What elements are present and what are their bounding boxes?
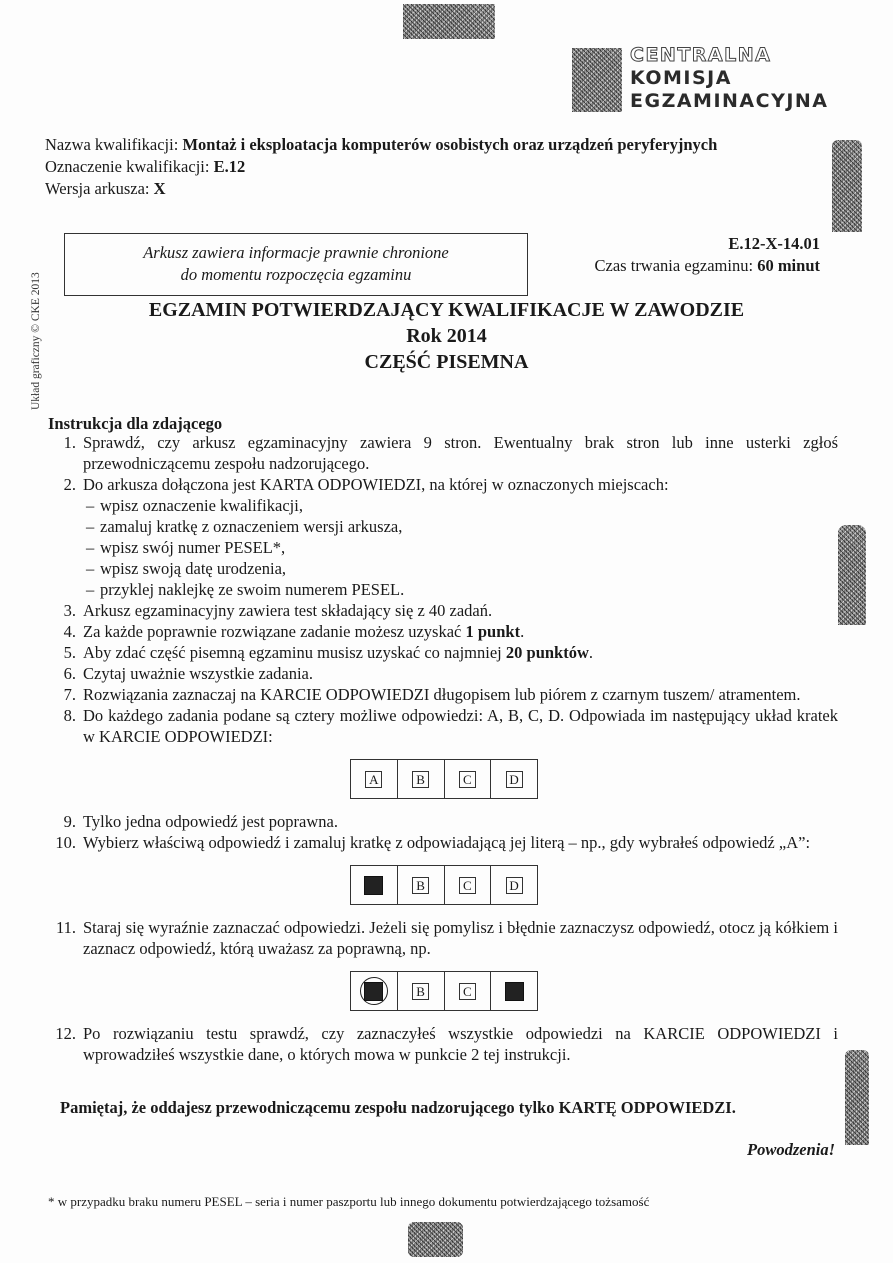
reminder-text: Pamiętaj, że oddajesz przewodniczącemu z… [60,1098,736,1118]
qualification-name-value: Montaż i eksploatacja komputerów osobist… [182,135,717,154]
answer-cell-d: D [491,866,537,904]
item-text: Do każdego zadania podane są cztery możl… [83,706,838,746]
answer-cell-b: B [398,972,445,1010]
item-text: Czytaj uważnie wszystkie zadania. [83,664,313,683]
answer-cell-c: C [445,972,492,1010]
item-text: Sprawdź, czy arkusz egzaminacyjny zawier… [83,433,838,473]
answer-box-b: B [412,983,429,1000]
item-text: Do arkusza dołączona jest KARTA ODPOWIED… [83,475,669,494]
instruction-item-9: 9.Tylko jedna odpowiedź jest poprawna. [48,811,838,832]
answer-grid-example-corrected: B C [350,971,538,1011]
answer-box-c: C [459,983,476,1000]
answer-box-d: D [506,771,523,788]
security-stamp-right-middle [838,525,866,625]
security-stamp-bottom [408,1222,463,1257]
item-number: 8. [48,705,76,726]
logo-line-2: KOMISJA [630,67,829,90]
qualification-code-value: E.12 [214,157,246,176]
answer-box-d: D [506,877,523,894]
answer-box-c: C [459,877,476,894]
instruction-item-6: 6.Czytaj uważnie wszystkie zadania. [48,663,838,684]
confidential-notice-box: Arkusz zawiera informacje prawnie chroni… [64,233,528,296]
pesel-footnote: * w przypadku braku numeru PESEL – seria… [48,1194,649,1210]
instruction-item-12: 12.Po rozwiązaniu testu sprawdź, czy zaz… [48,1023,838,1065]
answer-box-c: C [459,771,476,788]
item-text: Arkusz egzaminacyjny zawiera test składa… [83,601,492,620]
duration-value: 60 minut [757,256,820,275]
instruction-item-1: 1.Sprawdź, czy arkusz egzaminacyjny zawi… [48,432,838,474]
item-number: 1. [48,432,76,453]
instructions-heading: Instrukcja dla zdającego [48,414,222,434]
answer-cell-a [351,866,398,904]
notice-line-2: do momentu rozpoczęcia egzaminu [65,264,527,286]
item-text: Wybierz właściwą odpowiedź i zamaluj kra… [83,833,810,852]
item-number: 9. [48,811,76,832]
cke-logo-icon [572,48,622,112]
qualification-info: Nazwa kwalifikacji: Montaż i eksploatacj… [45,134,717,200]
answer-cell-d: D [491,760,537,798]
answer-cell-c: C [445,760,492,798]
exam-code: E.12-X-14.01 [728,234,820,253]
logo-line-1: CENTRALNA [630,44,829,67]
answer-cell-b: B [398,866,445,904]
security-stamp-top [403,4,495,39]
item-number: 11. [48,917,76,938]
qualification-code-label: Oznaczenie kwalifikacji: [45,157,209,176]
answer-grid-example-empty: A B C D [350,759,538,799]
filled-box-icon [364,982,383,1001]
qualification-code-row: Oznaczenie kwalifikacji: E.12 [45,156,717,178]
instruction-item-3: 3.Arkusz egzaminacyjny zawiera test skła… [48,600,838,621]
answer-box-a: A [365,771,382,788]
filled-box-icon [364,876,383,895]
item-number: 10. [48,832,76,853]
instruction-item-2: 2.Do arkusza dołączona jest KARTA ODPOWI… [48,474,838,495]
good-luck-text: Powodzenia! [747,1140,835,1160]
item-bold: 1 punkt [466,622,521,641]
instruction-item-8: 8.Do każdego zadania podane są cztery mo… [48,705,838,747]
duration-label: Czas trwania egzaminu: [595,256,754,275]
exam-year: Rok 2014 [0,324,893,348]
item-text: Aby zdać część pisemną egzaminu musisz u… [83,643,502,662]
security-stamp-right-top [832,140,862,232]
sheet-version-value: X [154,179,166,198]
subitem: wpisz swój numer PESEL*, [48,537,838,558]
exam-part: CZĘŚĆ PISEMNA [0,350,893,374]
qualification-name-label: Nazwa kwalifikacji: [45,135,178,154]
subitem: wpisz swoją datę urodzenia, [48,558,838,579]
logo-line-3: EGZAMINACYJNA [630,90,829,113]
item-number: 5. [48,642,76,663]
item-number: 3. [48,600,76,621]
item-number: 12. [48,1023,76,1044]
answer-cell-b: B [398,760,445,798]
item-bold: 20 punktów [506,643,589,662]
subitem: przyklej naklejkę ze swoim numerem PESEL… [48,579,838,600]
sheet-version-row: Wersja arkusza: X [45,178,717,200]
item-text: Tylko jedna odpowiedź jest poprawna. [83,812,338,831]
item-number: 6. [48,663,76,684]
answer-box-b: B [412,877,429,894]
security-stamp-right-bottom [845,1050,869,1145]
sheet-version-label: Wersja arkusza: [45,179,150,198]
subitem: zamaluj kratkę z oznaczeniem wersji arku… [48,516,838,537]
item-punct: . [520,622,524,641]
item-text: Po rozwiązaniu testu sprawdź, czy zaznac… [83,1024,838,1064]
answer-cell-d [491,972,537,1010]
answer-cell-c: C [445,866,492,904]
exam-code-block: E.12-X-14.01 Czas trwania egzaminu: 60 m… [595,233,820,277]
item-number: 7. [48,684,76,705]
circled-mark-icon [360,977,388,1005]
instruction-item-5: 5.Aby zdać część pisemną egzaminu musisz… [48,642,838,663]
item-punct: . [589,643,593,662]
exam-title: EGZAMIN POTWIERDZAJĄCY KWALIFIKACJE W ZA… [0,298,893,322]
item-number: 4. [48,621,76,642]
instruction-item-10: 10.Wybierz właściwą odpowiedź i zamaluj … [48,832,838,853]
answer-grid-example-marked: B C D [350,865,538,905]
notice-line-1: Arkusz zawiera informacje prawnie chroni… [65,242,527,264]
item-text: Za każde poprawnie rozwiązane zadanie mo… [83,622,461,641]
instruction-item-4: 4.Za każde poprawnie rozwiązane zadanie … [48,621,838,642]
instruction-item-7: 7.Rozwiązania zaznaczaj na KARCIE ODPOWI… [48,684,838,705]
item-text: Rozwiązania zaznaczaj na KARCIE ODPOWIED… [83,685,801,704]
item-text: Staraj się wyraźnie zaznaczać odpowiedzi… [83,918,838,958]
answer-cell-a: A [351,760,398,798]
qualification-name-row: Nazwa kwalifikacji: Montaż i eksploatacj… [45,134,717,156]
answer-cell-a [351,972,398,1010]
item-number: 2. [48,474,76,495]
filled-box-icon [505,982,524,1001]
subitem: wpisz oznaczenie kwalifikacji, [48,495,838,516]
cke-logo-text: CENTRALNA KOMISJA EGZAMINACYJNA [630,44,829,113]
instructions-list: 1.Sprawdź, czy arkusz egzaminacyjny zawi… [48,432,838,1065]
answer-box-b: B [412,771,429,788]
instruction-item-11: 11.Staraj się wyraźnie zaznaczać odpowie… [48,917,838,959]
